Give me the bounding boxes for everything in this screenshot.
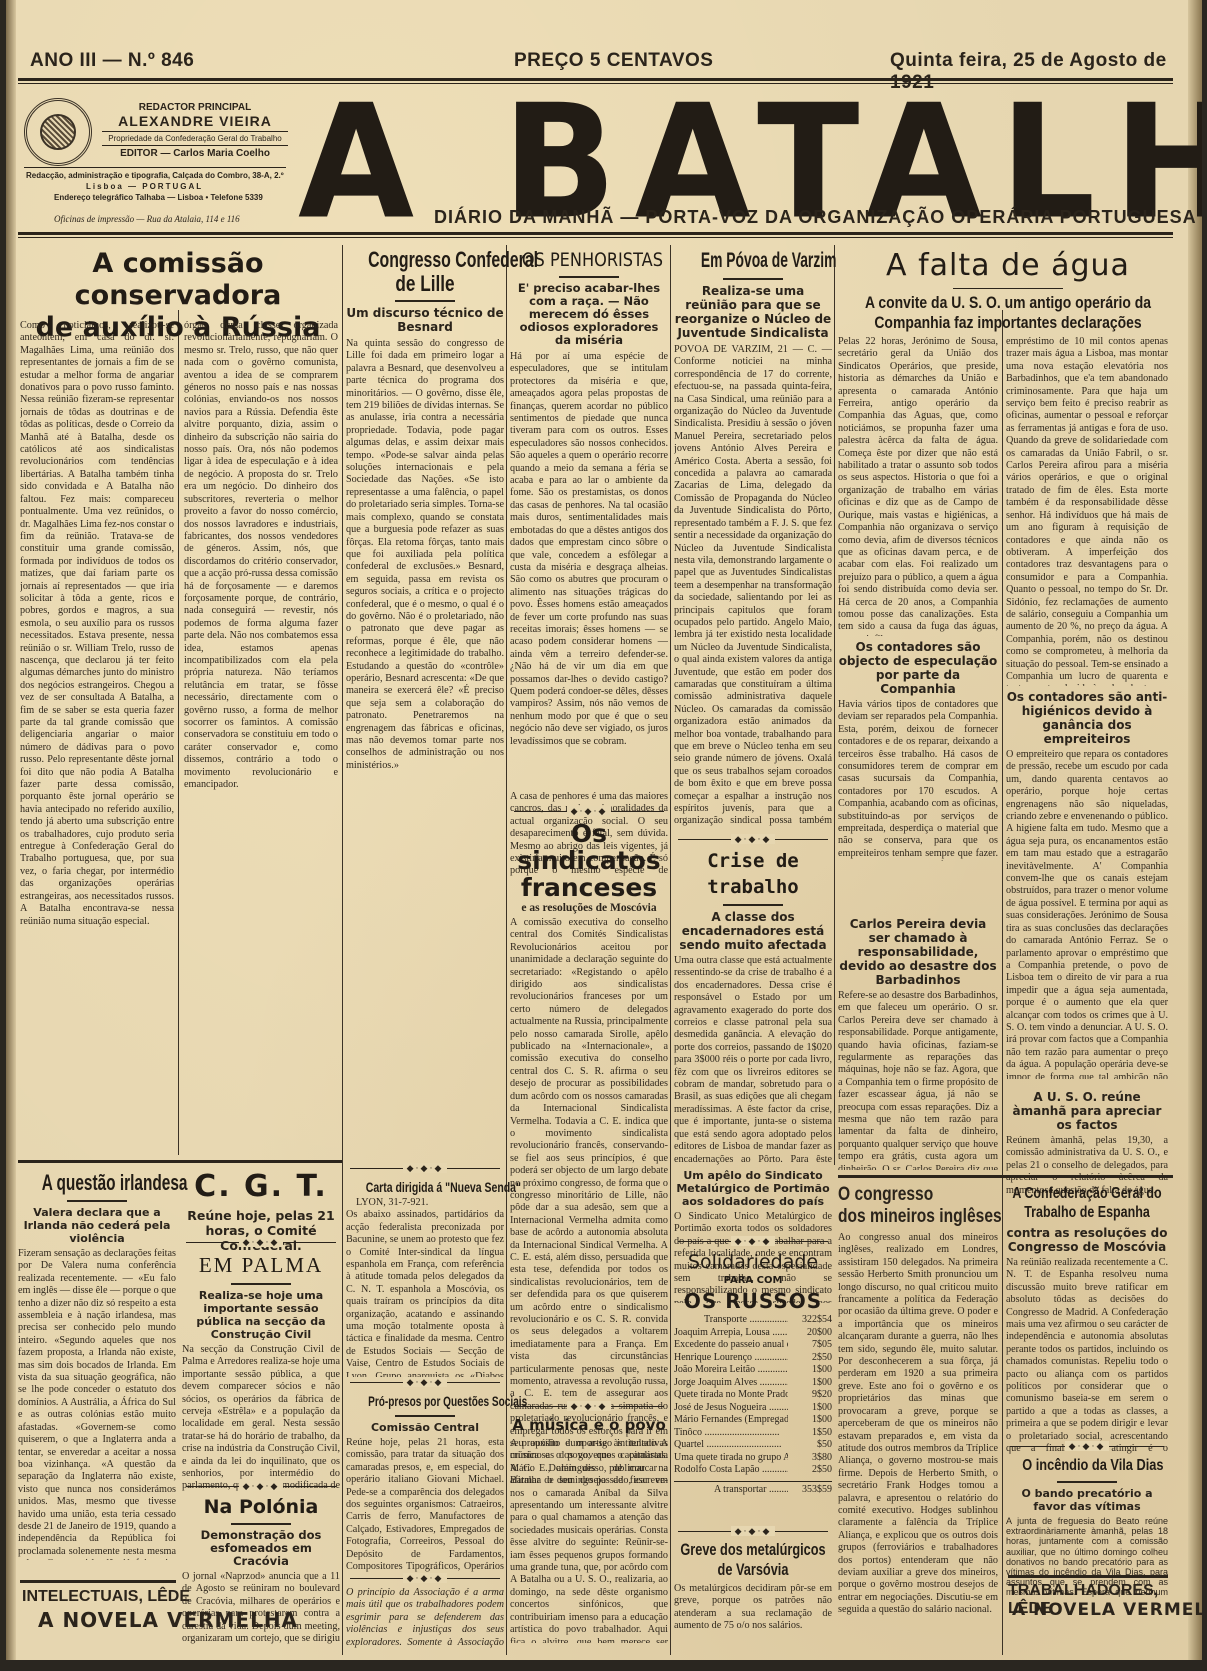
headline: OS RUSSOS	[674, 1288, 832, 1314]
agua-sub3: Os contadores são anti-higiénicos devido…	[1006, 690, 1168, 1079]
deck: Um discurso técnico de Besnard	[346, 306, 504, 334]
donor-name: Uma quete tirada no grupo Amigos Liais p…	[674, 1452, 788, 1465]
donation-amount: 1$00	[788, 1402, 832, 1415]
column-rule	[1002, 310, 1003, 1655]
ornament-divider: ◆·◆·◆	[350, 1168, 500, 1175]
article-povoa: Em Póvoa de Varzim Realiza-se uma reüniã…	[674, 248, 832, 829]
subheading: Carlos Pereira devia ser chamado à respo…	[838, 917, 998, 987]
ornament-divider: ◆·◆·◆	[186, 1242, 336, 1249]
deck: O bando precatório a favor das vítimas	[1006, 1487, 1168, 1513]
deck: A classe dos encadernadores está sendo m…	[674, 910, 832, 952]
article-body: O empreiteiro que repara os contadores d…	[1006, 749, 1168, 1079]
donor-name: Henrique Lourenço	[674, 1352, 788, 1365]
article-mineiros: O congresso dos mineiros inglêses Ao con…	[838, 1184, 998, 1642]
donation-amount: 7$05	[788, 1339, 832, 1352]
donor-name: Quartel	[674, 1439, 788, 1452]
transport-row: Transporte 322$54	[674, 1314, 832, 1327]
masthead-bottom-rule-thin	[18, 237, 1173, 238]
article-agua: A falta de água A convite da U. S. O. um…	[838, 248, 1178, 333]
article-body: Uma outra classe que está actualmente re…	[674, 955, 832, 1165]
donation-row: Mário Fernandes (Empregado da C. Carris)…	[674, 1414, 832, 1427]
transport-label: Transporte	[704, 1314, 788, 1327]
agua-body-col1: Pelas 22 horas, Jerónimo de Sousa, secre…	[838, 336, 998, 636]
article-body: Na quinta sessão do congresso de Lille f…	[346, 338, 504, 1148]
subheading: Um apêlo do Sindicato Metalúrgico de Por…	[674, 1169, 832, 1208]
column-rule	[834, 245, 835, 1165]
headline: Congresso Confederal	[368, 248, 482, 272]
headline: franceses	[510, 874, 668, 901]
article-russia-col2: órgão duma classe organizada revolucionà…	[184, 320, 338, 1155]
deck: contra as resoluções do Congresso de Mos…	[1006, 1226, 1168, 1254]
donation-amount: $50	[788, 1439, 832, 1452]
ornament-divider: ◆·◆·◆	[678, 839, 828, 846]
donor-name: Jorge Joaquim Alves	[674, 1377, 788, 1390]
donor-name: Mário Fernandes (Empregado da C. Carris)	[674, 1414, 788, 1427]
section-rule	[838, 1175, 1173, 1178]
donation-amount: 2$50	[788, 1352, 832, 1365]
donation-amount: 20$00	[788, 1327, 832, 1340]
article-body: Reúne hoje, pelas 21 horas, esta comissã…	[346, 1437, 504, 1572]
cgt-seal-logo	[24, 98, 92, 166]
headline: Pró-presos por Questões Sociais	[368, 1391, 482, 1411]
ornament-divider: ◆·◆·◆	[514, 1406, 664, 1413]
article-russia-col1: Como noticiámos, realizou-se anteontem, …	[20, 320, 174, 1155]
ornament-divider: ◆·◆·◆	[514, 811, 664, 818]
dateline: LYON, 31-7-921.	[346, 1197, 504, 1209]
editorial-block: REDACTOR PRINCIPAL ALEXANDRE VIEIRA Prop…	[102, 102, 288, 159]
seal-emblem-icon	[40, 114, 76, 150]
agua-sub2: Carlos Pereira devia ser chamado à respo…	[838, 917, 998, 1170]
editorial-rule	[24, 167, 286, 168]
newspaper-page: ANO III — N.º 846 PREÇO 5 CENTAVOS Quint…	[6, 0, 1202, 1660]
column-rule	[506, 245, 507, 1655]
deck: e as resoluções de Moscóvia	[510, 901, 668, 915]
headline: de Lille	[363, 272, 486, 296]
headline: Os sindicatos	[510, 820, 668, 874]
donation-row: Tinôco1$50	[674, 1427, 832, 1440]
article-body: Os metalúrgicos decidiram pôr-se em grev…	[674, 1583, 832, 1635]
article-espanha: A Confederação Geral do Trabalho de Espa…	[1006, 1184, 1168, 1457]
article-body: Na secção da Construção Civil de Palma e…	[182, 1344, 340, 1494]
article-body: Refere-se ao desastre dos Barbadinhos, e…	[838, 990, 998, 1170]
divider	[723, 278, 783, 280]
article-irlandesa: A questão irlandesa Valera declara que a…	[18, 1170, 176, 1560]
ornament-divider: ◆·◆·◆	[678, 1531, 828, 1538]
deck: Realiza-se uma reünião para que se reorg…	[674, 284, 832, 340]
headline: A música e o povo	[510, 1415, 668, 1435]
ornament-divider: ◆·◆·◆	[186, 1486, 336, 1493]
masthead-subtitle: DIÁRIO DA MANHÃ — PORTA-VOZ DA ORGANIZAÇ…	[434, 207, 1197, 228]
divider	[953, 288, 1063, 289]
agua-sub4: A U. S. O. reúne àmanhã para apreciar os…	[1006, 1090, 1168, 1197]
article-palma: ◆·◆·◆ EM PALMA Realiza-se hoje uma impor…	[182, 1236, 340, 1494]
article-crise: ◆·◆·◆ Crise de trabalho A classe dos enc…	[674, 833, 832, 1303]
subheading: Os contadores são anti-higiénicos devido…	[1006, 690, 1168, 746]
article-lille: Congresso Confederal de Lille Um discurs…	[346, 248, 504, 1148]
publisher-line: EDITOR — Carlos Maria Coelho	[102, 146, 288, 159]
ornament-divider: ◆·◆·◆	[350, 1578, 500, 1585]
ad-rule	[1008, 1575, 1168, 1578]
headline: Greve dos metalúrgicos de Varsóvia	[678, 1540, 828, 1580]
ornament-divider: ◆·◆·◆	[678, 1241, 828, 1248]
ad-right-line2: A NOVELA VERMELHA	[1012, 1600, 1202, 1620]
agua-sub1: Os contadores são objecto de especulação…	[838, 640, 998, 861]
donation-row: Quartel$50	[674, 1439, 832, 1452]
donation-row: Excedente do passeio anual da S. C. A.7$…	[674, 1339, 832, 1352]
total-row: A transportar 353$59	[674, 1481, 832, 1497]
headline: A falta de água	[838, 248, 1178, 284]
ornament-divider: ◆·◆·◆	[350, 1382, 500, 1389]
divider	[395, 1415, 455, 1417]
headline: Solidariedade	[674, 1250, 832, 1274]
total-label: A transportar	[714, 1484, 788, 1497]
deck: Realiza-se hoje uma importante sessão pú…	[182, 1289, 340, 1341]
transport-amount: 322$54	[788, 1314, 832, 1327]
divider	[395, 300, 455, 302]
donation-amount: 1$50	[788, 1427, 832, 1440]
headline: Carta dirigida á "Nueva Senda"	[366, 1177, 485, 1197]
article-body: Fizeram sensação as declarações feitas p…	[18, 1248, 176, 1560]
article-presos: ◆·◆·◆ Pró-presos por Questões Sociais Co…	[346, 1376, 504, 1649]
article-body: O jornal «Naprzod» anuncia que a 11 de A…	[182, 1571, 340, 1646]
donation-amount: 1$00	[788, 1414, 832, 1427]
article-body: Havia vários tipos de contadores que dev…	[838, 699, 998, 861]
total-amount: 353$59	[788, 1484, 832, 1497]
donation-amount: 1$00	[788, 1364, 832, 1377]
donation-list: Joaquim Arrepia, Lousa20$00Excedente do …	[674, 1327, 832, 1477]
ornament-divider: ◆·◆·◆	[1010, 1446, 1164, 1453]
article-body: Há por aí uma espécie de especuladores, …	[510, 351, 668, 791]
article-polonia: ◆·◆·◆ Na Polónia Demonstração dos esfome…	[182, 1480, 340, 1646]
subheading: A U. S. O. reúne àmanhã para apreciar os…	[1006, 1090, 1168, 1132]
ownership-line: Propriedade da Confederação Geral do Tra…	[102, 132, 288, 146]
donation-row: Uma quete tirada no grupo Amigos Liais p…	[674, 1452, 832, 1465]
editor-label: REDACTOR PRINCIPAL	[102, 102, 288, 113]
article-carta: ◆·◆·◆ Carta dirigida á "Nueva Senda" LYO…	[346, 1162, 504, 1377]
article-penhoristas: OS PENHORISTAS E' preciso acabar-lhes co…	[510, 248, 668, 877]
donor-name: Tinôco	[674, 1427, 788, 1440]
ad-left-line1: INTELECTUAIS, LÊDE	[22, 1588, 190, 1606]
headline: C. G. T.	[182, 1170, 340, 1204]
article-musica: ◆·◆·◆ A música e o povo A propósito dum …	[510, 1400, 668, 1643]
donation-amount: 9$20	[788, 1389, 832, 1402]
headline: EM PALMA	[182, 1251, 340, 1279]
article-solidariedade: ◆·◆·◆ Solidariedade PARA COM OS RUSSOS T…	[674, 1235, 832, 1496]
donation-row: Jorge Joaquim Alves1$00	[674, 1377, 832, 1390]
column-rule	[670, 245, 671, 1655]
article-body: POVOA DE VARZIM, 21 — C. — Conforme noti…	[674, 344, 832, 829]
subheadline: PARA COM	[674, 1274, 832, 1288]
donation-row: Henrique Lourenço2$50	[674, 1352, 832, 1365]
agua-body-col2: empréstimo de 10 mil contos apenas traze…	[1006, 336, 1168, 686]
motto: O princípio da Associação é a arma mais …	[346, 1587, 504, 1649]
divider	[1057, 1481, 1117, 1483]
column-rule	[342, 245, 343, 1655]
headline: O incêndio da Vila Dias	[1022, 1455, 1152, 1477]
divider	[67, 1200, 127, 1202]
headline: O congresso	[838, 1184, 969, 1206]
masthead-bottom-rule	[18, 232, 1173, 235]
printing-line: Oficinas de impressão — Rua da Atalaia, …	[54, 214, 240, 224]
article-sindicatos: ◆·◆·◆ Os sindicatos franceses e as resol…	[510, 805, 668, 1487]
subheading: Os contadores são objecto de especulação…	[838, 640, 998, 696]
article-body: Ao congresso anual dos mineiros inglêses…	[838, 1232, 998, 1642]
deck: E' preciso acabar-lhes com a raça. — Não…	[510, 282, 668, 347]
donor-name: Joaquim Arrepia, Lousa	[674, 1327, 788, 1340]
donor-name: Quete tirada no Monte Prado no baptisado…	[674, 1389, 788, 1402]
telegraph-line: Endereço telegráfico Talhaba — Lisboa • …	[54, 193, 263, 202]
section-rule	[18, 1160, 342, 1163]
headline: A questão irlandesa	[42, 1170, 153, 1196]
headline: Na Polónia	[182, 1495, 340, 1519]
divider	[723, 904, 783, 906]
address-line: Redacção, administração e tipografia, Ca…	[26, 171, 288, 181]
headline: A comissão conservadora	[18, 248, 338, 312]
headline: A Confederação Geral do Trabalho de Espa…	[1009, 1184, 1165, 1222]
article-body: Os abaixo assinados, partidários da acçã…	[346, 1209, 504, 1377]
donor-name: Rodolfo Costa Lapão	[674, 1464, 788, 1477]
divider	[231, 1283, 291, 1285]
headline: Crise de trabalho	[674, 848, 832, 900]
donation-row: Quete tirada no Monte Prado no baptisado…	[674, 1389, 832, 1402]
deck: Valera declara que a Irlanda não cederá …	[18, 1206, 176, 1245]
donation-amount: 3$80	[788, 1452, 832, 1465]
ad-rule	[20, 1580, 176, 1583]
donation-amount: 1$00	[788, 1377, 832, 1390]
headline: OS PENHORISTAS	[522, 248, 656, 272]
donation-row: José de Jesus Nogueira1$00	[674, 1402, 832, 1415]
deck: A convite da U. S. O. um antigo operário…	[844, 293, 1172, 333]
column-rule	[178, 310, 179, 1155]
editor-name: ALEXANDRE VIEIRA	[102, 113, 288, 132]
donation-amount: 2$50	[788, 1464, 832, 1477]
donor-name: José de Jesus Nogueira	[674, 1402, 788, 1415]
issue-number: ANO III — N.º 846	[30, 50, 194, 72]
donation-row: Joaquim Arrepia, Lousa20$00	[674, 1327, 832, 1340]
headline: Em Póvoa de Varzim	[701, 248, 805, 274]
divider	[559, 276, 619, 278]
donor-name: Excedente do passeio anual da S. C. A.	[674, 1339, 788, 1352]
price: PREÇO 5 CENTAVOS	[514, 50, 713, 72]
headline: dos mineiros inglêses	[838, 1206, 969, 1228]
article-varsovia: ◆·◆·◆ Greve dos metalúrgicos de Varsóvia…	[674, 1525, 832, 1635]
donation-row: Rodolfo Costa Lapão2$50	[674, 1464, 832, 1477]
donor-name: João Moreira Leitão	[674, 1364, 788, 1377]
divider	[231, 1523, 291, 1525]
deck: Demonstração dos esfomeados em Cracóvia	[182, 1529, 340, 1568]
donation-row: João Moreira Leitão1$00	[674, 1364, 832, 1377]
deck: Comissão Central	[346, 1421, 504, 1434]
page-edge-left	[6, 0, 16, 1660]
article-body: A propósito dum artigo intitulado A músi…	[510, 1438, 668, 1643]
article-body: Na reünião realizada recentemente a C. N…	[1006, 1257, 1168, 1457]
city-line: Lisboa — PORTUGAL	[86, 182, 203, 191]
